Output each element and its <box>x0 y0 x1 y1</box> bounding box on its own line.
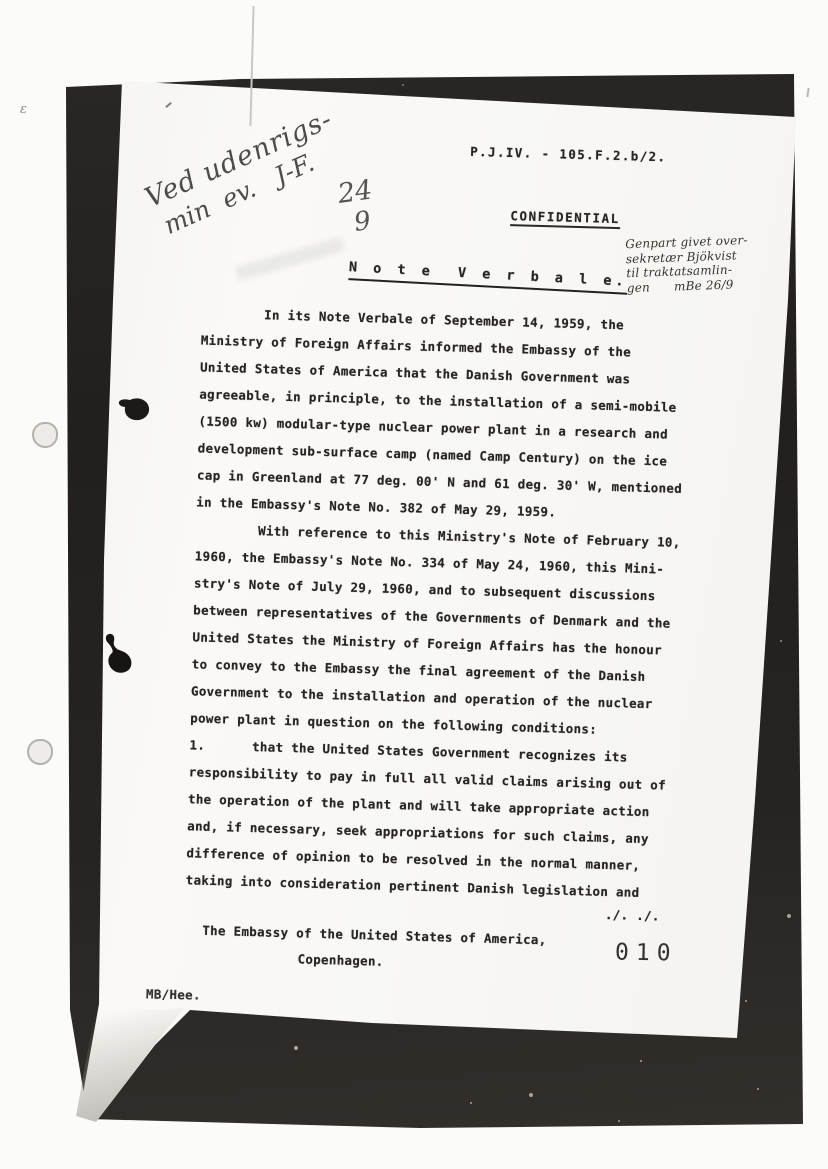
ink-blot-middle <box>101 632 141 676</box>
addressee-city: Copenhagen. <box>297 945 384 974</box>
dust-specks <box>0 0 2 2</box>
date-denominator: 9 <box>352 204 388 238</box>
punch-hole-bottom <box>27 739 53 765</box>
typed-content: P.J.IV. - 105.F.2.b/2. CONFIDENTIAL N o … <box>179 129 689 1002</box>
enclosure-marks: ./. ./. <box>605 901 661 930</box>
page-number-stamp: 010 <box>615 940 678 965</box>
scanned-document-page: { "document": { "reference": "P.J.IV. - … <box>0 0 828 1169</box>
typist-initials: MB/Hee. <box>146 980 201 1008</box>
ink-blot-top <box>116 394 154 424</box>
margin-squiggle-mark: ε <box>20 102 27 117</box>
handwritten-date: 24 9 <box>334 173 388 240</box>
punch-hole-top <box>32 422 58 448</box>
file-reference: P.J.IV. - 105.F.2.b/2. <box>470 138 667 170</box>
classification-stamp: CONFIDENTIAL <box>510 207 620 229</box>
handwritten-right-note: Genpart givet over-sekretær Bjökvisttil … <box>625 231 812 295</box>
body-text: In its Note Verbale of September 14, 195… <box>185 299 687 906</box>
document-title: N o t e V e r b a l e. <box>348 258 628 295</box>
right-margin-mark <box>806 88 809 97</box>
